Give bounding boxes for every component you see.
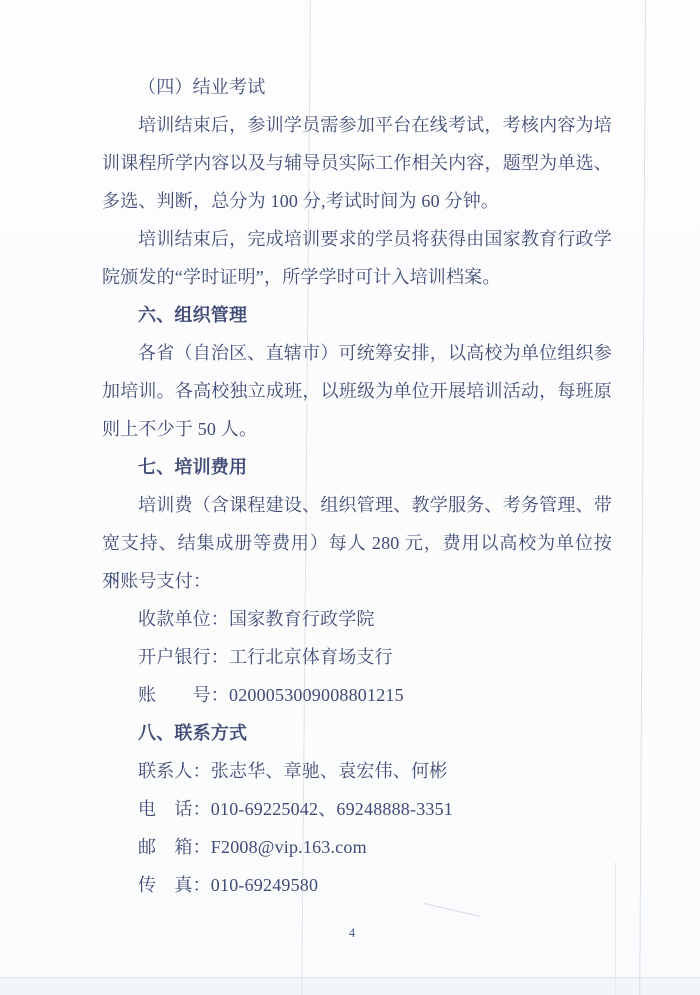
text-line: 培训结束后，参训学员需参加平台在线考试，考核内容为培 [102,106,612,144]
text-line: 七、培训费用 [102,448,612,486]
text-line: 加培训。各高校独立成班，以班级为单位开展培训活动，每班原 [102,372,612,410]
text-line: 联系人：张志华、章驰、袁宏伟、何彬 [102,752,612,790]
text-line: 培训结束后，完成培训要求的学员将获得由国家教育行政学 [102,220,612,258]
text-line: 邮 箱：F2008@vip.163.com [102,828,612,866]
scan-bottom-tint [0,978,700,995]
text-line: 培训费（含课程建设、组织管理、教学服务、考务管理、带 [102,486,612,524]
document-body: （四）结业考试培训结束后，参训学员需参加平台在线考试，考核内容为培训课程所学内容… [102,68,612,904]
scan-artifact-line [615,862,616,995]
text-line: 开户银行：工行北京体育场支行 [102,638,612,676]
page-edge-line [639,0,646,995]
text-line: 收款单位：国家教育行政学院 [102,600,612,638]
text-line: 列账号支付： [102,562,612,600]
text-line: 八、联系方式 [102,714,612,752]
text-line: 各省（自治区、直辖市）可统筹安排，以高校为单位组织参 [102,334,612,372]
scanned-page: （四）结业考试培训结束后，参训学员需参加平台在线考试，考核内容为培训课程所学内容… [0,0,700,995]
text-line: 电 话：010-69225042、69248888-3351 [102,790,612,828]
text-line: 训课程所学内容以及与辅导员实际工作相关内容，题型为单选、 [102,144,612,182]
text-line: 传 真：010-69249580 [102,866,612,904]
scan-scratch-mark [424,903,481,917]
scan-bottom-line [0,977,700,978]
text-line: 院颁发的“学时证明”，所学学时可计入培训档案。 [102,258,612,296]
text-line: 多选、判断，总分为 100 分,考试时间为 60 分钟。 [102,182,612,220]
page-number: 4 [340,926,364,941]
text-line: 宽支持、结集成册等费用）每人 280 元，费用以高校为单位按下 [102,524,612,562]
text-line: （四）结业考试 [102,68,612,106]
text-line: 六、组织管理 [102,296,612,334]
text-line: 账 号：0200053009008801215 [102,676,612,714]
text-line: 则上不少于 50 人。 [102,410,612,448]
